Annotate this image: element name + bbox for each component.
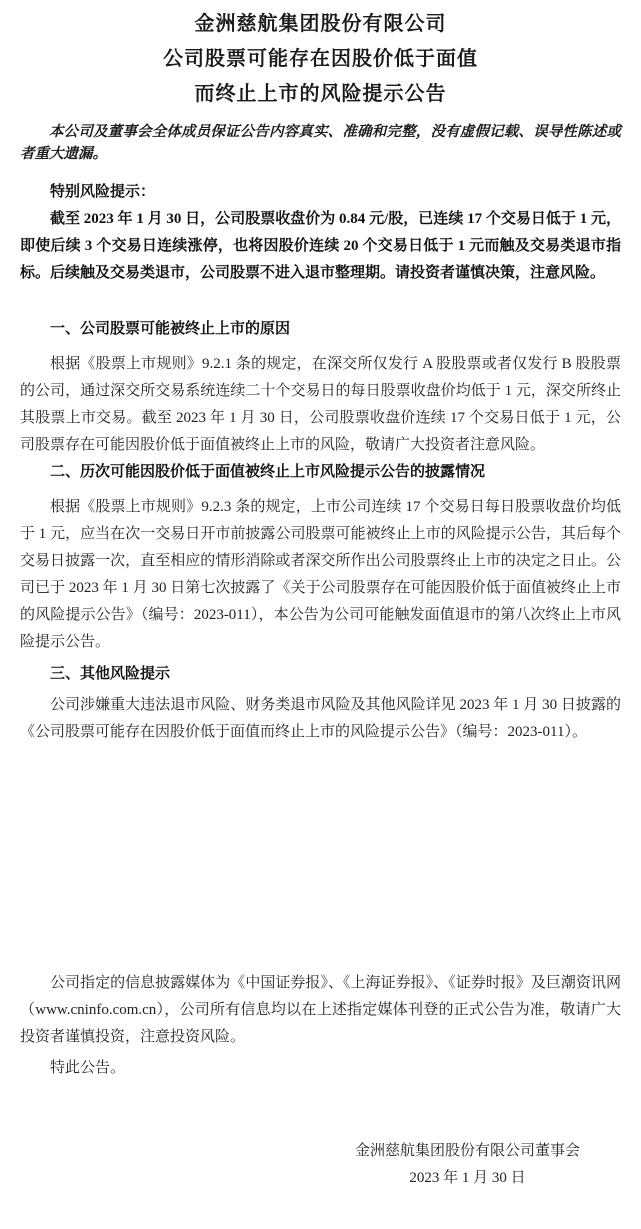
special-risk-body: 截至 2023 年 1 月 30 日，公司股票收盘价为 0.84 元/股，已连续… [20,206,621,287]
board-disclaimer: 本公司及董事会全体成员保证公告内容真实、准确和完整，没有虚假记载、误导性陈述或者… [20,121,621,165]
document-section: 一、公司股票可能被终止上市的原因 根据《股票上市规则》9.2.1 条的规定，在深… [20,316,621,459]
title-line-2: 公司股票可能存在因股价低于面值 [20,42,621,77]
special-risk-heading: 特别风险提示： [20,179,621,206]
section-paragraph: 根据《股票上市规则》9.2.1 条的规定，在深交所仅发行 A 股股票或者仅发行 … [20,351,621,459]
title-line-3: 而终止上市的风险提示公告 [20,77,621,112]
blank-space [20,746,621,970]
signature-date: 2023 年 1 月 30 日 [355,1165,580,1192]
signature-company: 金洲慈航集团股份有限公司董事会 [355,1138,580,1165]
title-line-1: 金洲慈航集团股份有限公司 [20,7,621,42]
section-heading: 一、公司股票可能被终止上市的原因 [20,316,621,343]
section-heading: 二、历次可能因股价低于面值被终止上市风险提示公告的披露情况 [20,459,621,486]
section-paragraph: 公司涉嫌重大违法退市风险、财务类退市风险及其他风险详见 2023 年 1 月 3… [20,692,621,746]
closing-statement: 特此公告。 [20,1055,621,1082]
section-heading: 三、其他风险提示 [20,661,621,688]
section-paragraph: 根据《股票上市规则》9.2.3 条的规定，上市公司连续 17 个交易日每日股票收… [20,494,621,656]
closing-paragraph: 公司指定的信息披露媒体为《中国证券报》、《上海证券报》、《证券时报》及巨潮资讯网… [20,970,621,1051]
sections-container: 一、公司股票可能被终止上市的原因 根据《股票上市规则》9.2.1 条的规定，在深… [20,316,621,746]
document-section: 三、其他风险提示 公司涉嫌重大违法退市风险、财务类退市风险及其他风险详见 202… [20,661,621,746]
document-title: 金洲慈航集团股份有限公司 公司股票可能存在因股价低于面值 而终止上市的风险提示公… [20,7,621,112]
signature-block: 金洲慈航集团股份有限公司董事会 2023 年 1 月 30 日 [355,1138,580,1192]
announcement-document: 金洲慈航集团股份有限公司 公司股票可能存在因股价低于面值 而终止上市的风险提示公… [0,0,641,1229]
document-section: 二、历次可能因股价低于面值被终止上市风险提示公告的披露情况 根据《股票上市规则》… [20,459,621,656]
